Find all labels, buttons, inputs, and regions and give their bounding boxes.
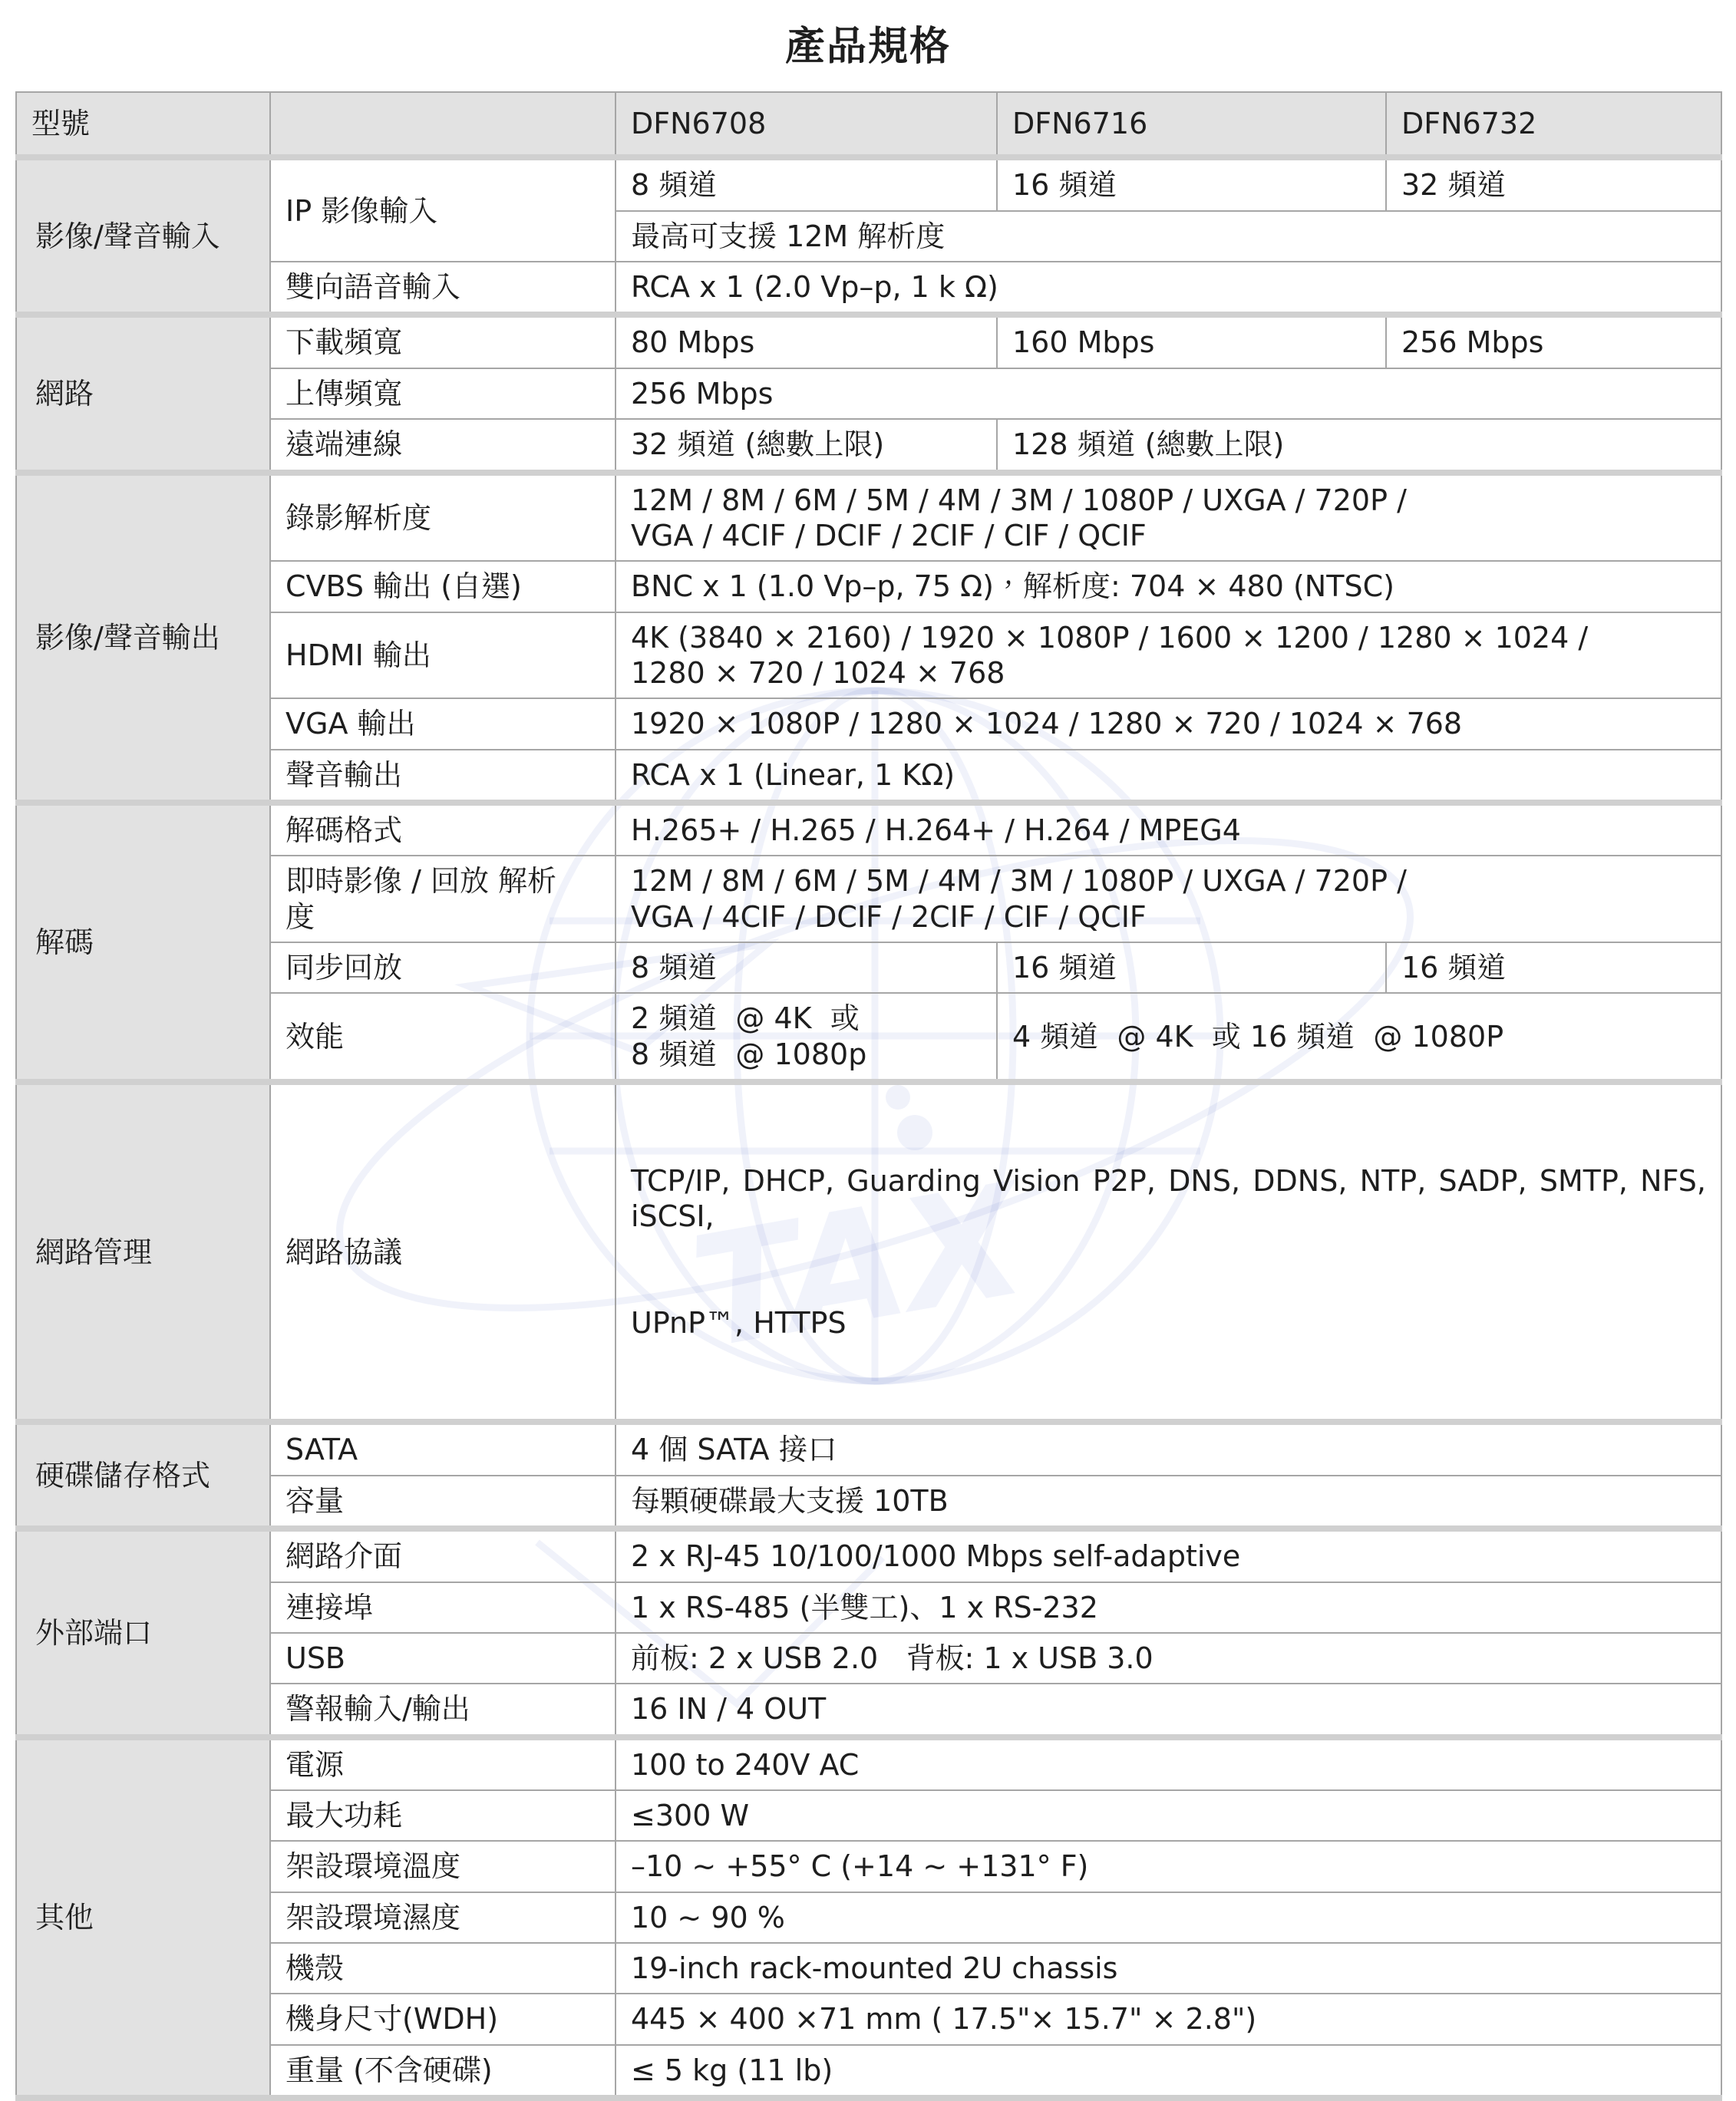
table-row: 外部端口 網路介面 2 x RJ-45 10/100/1000 Mbps sel… [16,1529,1721,1582]
label-cell: VGA 輸出 [270,698,616,749]
table-row: 重量 (不含硬碟) ≤ 5 kg (11 lb) [16,2045,1721,2098]
table-row: 架設環境溫度 –10 ~ +55° C (+14 ~ +131° F) [16,1841,1721,1892]
value-cell: 4 個 SATA 接口 [616,1422,1721,1475]
table-row: 解碼 解碼格式 H.265+ / H.265 / H.264+ / H.264 … [16,803,1721,856]
value-cell: 1 x RS-485 (半雙工)、1 x RS-232 [616,1582,1721,1633]
label-cell: 同步回放 [270,942,616,993]
label-cell: 即時影像 / 回放 解析 度 [270,856,616,942]
value-cell: 2 頻道 @ 4K 或 8 頻道 @ 1080p [616,993,997,1082]
label-cell: 效能 [270,993,616,1082]
value-cell: 19-inch rack-mounted 2U chassis [616,1943,1721,1994]
value-cell: 4K (3840 × 2160) / 1920 × 1080P / 1600 ×… [616,612,1721,699]
spec-table: 型號 DFN6708 DFN6716 DFN6732 影像/聲音輸入 IP 影像… [15,91,1722,2101]
page-title: 產品規格 [0,0,1736,91]
table-row: 同步回放 8 頻道 16 頻道 16 頻道 [16,942,1721,993]
table-row: 警報輸入/輸出 16 IN / 4 OUT [16,1684,1721,1737]
protocol-line: TCP/IP, DHCP, Guarding Vision P2P, DNS, … [631,1163,1706,1235]
value-cell: 12M / 8M / 6M / 5M / 4M / 3M / 1080P / U… [616,856,1721,942]
value-cell: –10 ~ +55° C (+14 ~ +131° F) [616,1841,1721,1892]
value-cell: TCP/IP, DHCP, Guarding Vision P2P, DNS, … [616,1082,1721,1422]
table-row: 機身尺寸(WDH) 445 × 400 ×71 mm ( 17.5"× 15.7… [16,1994,1721,2044]
table-row: 容量 每顆硬碟最大支援 10TB [16,1476,1721,1529]
label-cell: 雙向語音輸入 [270,262,616,315]
value-cell: 80 Mbps [616,315,997,368]
value-cell: 12M / 8M / 6M / 5M / 4M / 3M / 1080P / U… [616,473,1721,562]
label-cell: 電源 [270,1737,616,1790]
value-cell: 前板: 2 x USB 2.0 背板: 1 x USB 3.0 [616,1633,1721,1684]
label-cell: 機殼 [270,1943,616,1994]
label-cell: 上傳頻寬 [270,368,616,419]
table-row: 硬碟儲存格式 SATA 4 個 SATA 接口 [16,1422,1721,1475]
value-cell: 最高可支援 12M 解析度 [616,211,1721,262]
table-row: 上傳頻寬 256 Mbps [16,368,1721,419]
value-cell: 16 頻道 [997,942,1386,993]
group-cell: 網路 [16,315,270,472]
label-cell: 容量 [270,1476,616,1529]
model-name: DFN6732 [1386,92,1721,157]
table-row: 連接埠 1 x RS-485 (半雙工)、1 x RS-232 [16,1582,1721,1633]
table-row: VGA 輸出 1920 × 1080P / 1280 × 1024 / 1280… [16,698,1721,749]
value-cell: RCA x 1 (Linear, 1 KΩ) [616,750,1721,803]
table-row: 網路 下載頻寬 80 Mbps 160 Mbps 256 Mbps [16,315,1721,368]
table-row: 架設環境濕度 10 ~ 90 % [16,1892,1721,1943]
label-cell: 連接埠 [270,1582,616,1633]
spec-table-wrapper: 型號 DFN6708 DFN6716 DFN6732 影像/聲音輸入 IP 影像… [0,91,1736,2101]
table-row: 效能 2 頻道 @ 4K 或 8 頻道 @ 1080p 4 頻道 @ 4K 或 … [16,993,1721,1082]
group-cell: 其他 [16,1737,270,2099]
group-cell: 影像/聲音輸入 [16,157,270,315]
value-cell: 16 IN / 4 OUT [616,1684,1721,1737]
group-cell: 解碼 [16,803,270,1082]
value-cell: ≤ 5 kg (11 lb) [616,2045,1721,2098]
value-cell: 每顆硬碟最大支援 10TB [616,1476,1721,1529]
group-cell: 外部端口 [16,1529,270,1737]
group-cell: 影像/聲音輸出 [16,473,270,803]
table-row: CVBS 輸出 (自選) BNC x 1 (1.0 Vp–p, 75 Ω)，解析… [16,561,1721,612]
value-cell: 2 x RJ-45 10/100/1000 Mbps self-adaptive [616,1529,1721,1582]
table-row: 其他 電源 100 to 240V AC [16,1737,1721,1790]
label-cell: 網路協議 [270,1082,616,1422]
header-spacer-cell [270,92,616,157]
group-cell: 硬碟儲存格式 [16,1422,270,1529]
value-cell: 10 ~ 90 % [616,1892,1721,1943]
value-cell: 256 Mbps [616,368,1721,419]
label-cell: 下載頻寬 [270,315,616,368]
group-cell: 網路管理 [16,1082,270,1422]
value-cell: 16 頻道 [997,157,1386,210]
label-cell: USB [270,1633,616,1684]
label-cell: 解碼格式 [270,803,616,856]
label-cell: 聲音輸出 [270,750,616,803]
value-cell: 160 Mbps [997,315,1386,368]
value-cell: 32 頻道 (總數上限) [616,419,997,472]
value-cell: ≤300 W [616,1790,1721,1841]
table-row: 機殼 19-inch rack-mounted 2U chassis [16,1943,1721,1994]
label-cell: 錄影解析度 [270,473,616,562]
model-name: DFN6708 [616,92,997,157]
label-cell: 網路介面 [270,1529,616,1582]
value-cell: BNC x 1 (1.0 Vp–p, 75 Ω)，解析度: 704 × 480 … [616,561,1721,612]
spec-page: TAX 產品規格 型號 DFN6708 DFN6716 DFN6732 影像/聲… [0,0,1736,2101]
value-cell: H.265+ / H.265 / H.264+ / H.264 / MPEG4 [616,803,1721,856]
table-row: 即時影像 / 回放 解析 度 12M / 8M / 6M / 5M / 4M /… [16,856,1721,942]
label-cell: 最大功耗 [270,1790,616,1841]
table-row: 網路管理 網路協議 TCP/IP, DHCP, Guarding Vision … [16,1082,1721,1422]
value-cell: 32 頻道 [1386,157,1721,210]
value-cell: 1920 × 1080P / 1280 × 1024 / 1280 × 720 … [616,698,1721,749]
table-row: USB 前板: 2 x USB 2.0 背板: 1 x USB 3.0 [16,1633,1721,1684]
model-row-label: 型號 [16,92,270,157]
value-cell: 8 頻道 [616,942,997,993]
label-cell: HDMI 輸出 [270,612,616,699]
table-row: 影像/聲音輸出 錄影解析度 12M / 8M / 6M / 5M / 4M / … [16,473,1721,562]
value-cell: 256 Mbps [1386,315,1721,368]
label-cell: SATA [270,1422,616,1475]
table-row: 遠端連線 32 頻道 (總數上限) 128 頻道 (總數上限) [16,419,1721,472]
table-row: 最大功耗 ≤300 W [16,1790,1721,1841]
value-cell: RCA x 1 (2.0 Vp–p, 1 k Ω) [616,262,1721,315]
value-cell: 100 to 240V AC [616,1737,1721,1790]
label-cell: IP 影像輸入 [270,157,616,262]
table-row: 影像/聲音輸入 IP 影像輸入 8 頻道 16 頻道 32 頻道 [16,157,1721,210]
label-cell: 警報輸入/輸出 [270,1684,616,1737]
value-cell: 16 頻道 [1386,942,1721,993]
value-cell: 8 頻道 [616,157,997,210]
label-cell: 架設環境濕度 [270,1892,616,1943]
label-cell: 遠端連線 [270,419,616,472]
header-row: 型號 DFN6708 DFN6716 DFN6732 [16,92,1721,157]
value-cell: 445 × 400 ×71 mm ( 17.5"× 15.7" × 2.8") [616,1994,1721,2044]
model-name: DFN6716 [997,92,1386,157]
table-row: HDMI 輸出 4K (3840 × 2160) / 1920 × 1080P … [16,612,1721,699]
label-cell: 架設環境溫度 [270,1841,616,1892]
table-row: 聲音輸出 RCA x 1 (Linear, 1 KΩ) [16,750,1721,803]
value-cell: 128 頻道 (總數上限) [997,419,1721,472]
table-row: 雙向語音輸入 RCA x 1 (2.0 Vp–p, 1 k Ω) [16,262,1721,315]
label-cell: 機身尺寸(WDH) [270,1994,616,2044]
value-cell: 4 頻道 @ 4K 或 16 頻道 @ 1080P [997,993,1721,1082]
label-cell: 重量 (不含硬碟) [270,2045,616,2098]
protocol-line: UPnP™, HTTPS [631,1305,1706,1341]
label-cell: CVBS 輸出 (自選) [270,561,616,612]
